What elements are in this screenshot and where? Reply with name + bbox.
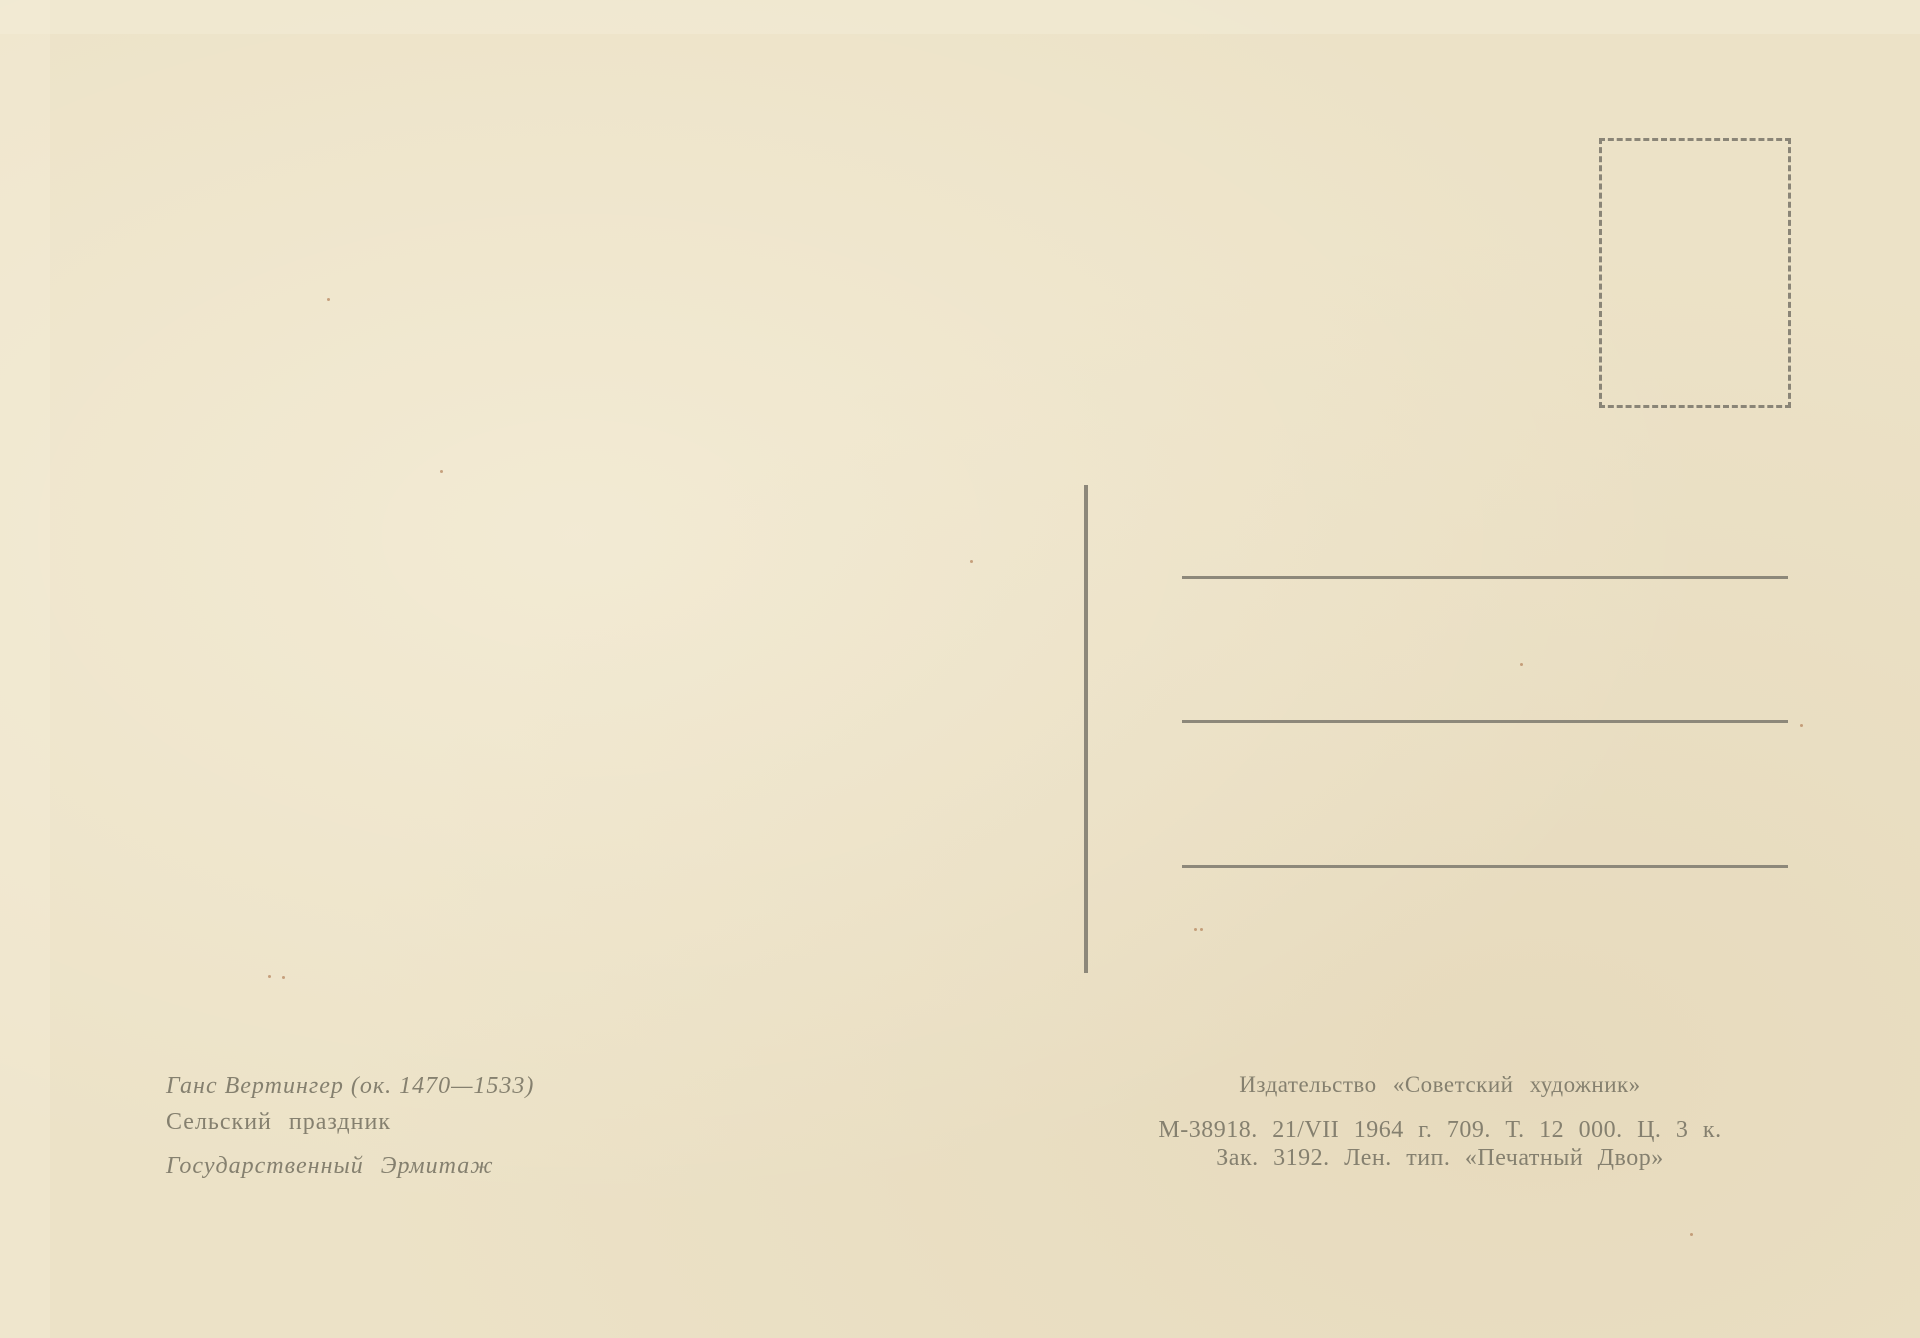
paper-speck <box>440 470 443 473</box>
paper-speck <box>1800 724 1803 727</box>
paper-speck <box>970 560 973 563</box>
paper-speck <box>327 298 330 301</box>
message-address-divider <box>1084 485 1088 973</box>
artwork-title: Сельский праздник <box>166 1104 534 1140</box>
artwork-caption: Ганс Вертингер (ок. 1470—1533) Сельский … <box>166 1068 534 1184</box>
paper-edge-top <box>0 0 1920 34</box>
paper-speck <box>1690 1233 1693 1236</box>
publisher-info: Издательство «Советский художник» М-3891… <box>1060 1068 1820 1172</box>
paper-speck <box>1200 928 1203 931</box>
publisher-name: Издательство «Советский художник» <box>1060 1068 1820 1102</box>
address-line-2 <box>1182 720 1788 723</box>
artist-name: Ганс Вертингер (ок. 1470—1533) <box>166 1068 534 1104</box>
paper-speck <box>1194 928 1197 931</box>
paper-speck <box>268 975 271 978</box>
museum-name: Государственный Эрмитаж <box>166 1148 534 1184</box>
paper-speck <box>1520 663 1523 666</box>
paper-speck <box>282 976 285 979</box>
paper-edge-left <box>0 0 50 1338</box>
imprint-line-1: М-38918. 21/VII 1964 г. 709. Т. 12 000. … <box>1060 1116 1820 1144</box>
address-line-3 <box>1182 865 1788 868</box>
address-line-1 <box>1182 576 1788 579</box>
postcard-back: Ганс Вертингер (ок. 1470—1533) Сельский … <box>0 0 1920 1338</box>
imprint-line-2: Зак. 3192. Лен. тип. «Печатный Двор» <box>1060 1144 1820 1172</box>
stamp-placeholder-box <box>1599 138 1791 408</box>
